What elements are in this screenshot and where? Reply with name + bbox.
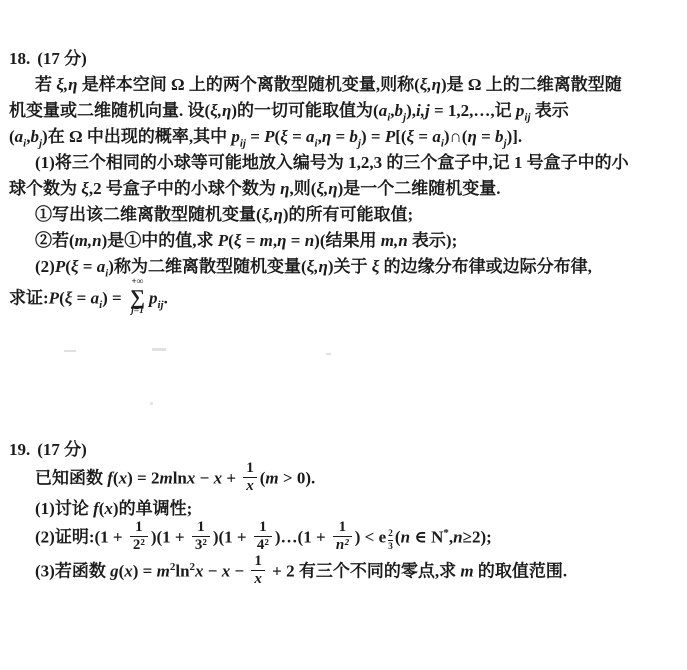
problem-19: 19.(17 分)已知函数 f(x) = 2mlnx − x + 1x(m > …: [9, 437, 683, 590]
exam-paper: 18.(17 分)若 ξ,η 是样本空间 Ω 上的两个离散型随机变量,则称(ξ,…: [0, 0, 687, 589]
math-variable: b: [30, 127, 39, 146]
sigma-icon: ∑: [130, 288, 145, 308]
text-run: 的边缘分布律或边际分布律,: [379, 257, 592, 276]
math-variable: m: [157, 562, 170, 581]
math-fraction: 1x: [243, 461, 257, 495]
math-variable: a: [15, 127, 24, 146]
text-run: ①写出该二维离散型随机变量(: [35, 205, 262, 224]
math-variable: x: [119, 469, 128, 488]
math-variable: a: [306, 127, 315, 146]
math-variable: η: [277, 231, 286, 250]
fraction-denominator: 2²: [130, 536, 148, 554]
text-run: )(结果用: [314, 231, 381, 250]
math-variable: ξ: [280, 127, 288, 146]
math-variable: ξ,η: [307, 257, 328, 276]
fraction-numerator: 1: [132, 520, 146, 536]
text-run: ) =: [102, 288, 126, 307]
math-variable: g: [110, 562, 119, 581]
text-run: ) =: [133, 562, 157, 581]
text-run: 已知函数: [35, 469, 107, 488]
text-run: −: [204, 562, 222, 581]
text-run: =: [477, 127, 495, 146]
math-variable: i,j: [416, 101, 430, 120]
text-run: )关于: [328, 257, 372, 276]
problem-line: 球个数为 ξ,2 号盒子中的小球个数为 η,则(ξ,η)是一个二维随机变量.: [9, 176, 683, 202]
math-fraction: 1n²: [333, 520, 352, 554]
problem-line: (1)讨论 f(x)的单调性;: [9, 496, 683, 522]
fraction-numerator: 1: [336, 520, 350, 536]
math-variable: n: [453, 528, 462, 547]
problem-line: (ai,bj)在 Ω 中出现的概率,其中 pij = P(ξ = ai,η = …: [9, 124, 683, 150]
math-variable: p: [231, 127, 240, 146]
text-run: 中出现的概率,其中: [83, 127, 232, 146]
text-run: 的取值范围.: [474, 562, 568, 581]
text-run: ) = 2: [127, 469, 159, 488]
math-fraction: 1x: [251, 554, 265, 588]
text-run: )].: [507, 127, 523, 146]
math-variable: n: [401, 528, 410, 547]
text-run: =: [414, 127, 432, 146]
math-variable: b: [349, 127, 358, 146]
math-variable: a: [91, 288, 100, 307]
text-run: (2): [35, 257, 55, 276]
problem-line: 机变量或二维随机向量. 设(ξ,η)的一切可能取值为(ai,bj),i,j = …: [9, 98, 683, 124]
text-run: )是①中的值,求: [102, 231, 218, 250]
text-run: )在: [42, 127, 69, 146]
math-bold-symbol: Ω: [69, 127, 83, 146]
scan-smudge: [64, 350, 76, 352]
math-variable: x: [222, 562, 231, 581]
text-run: ),: [406, 101, 416, 120]
problem-line: (1)将三个相同的小球等可能地放入编号为 1,2,3 的三个盒子中,记 1 号盒…: [9, 150, 683, 176]
fraction-denominator: x: [243, 477, 257, 495]
math-bold-symbol: Ω: [468, 75, 482, 94]
math-variable: m,n: [75, 231, 102, 250]
fraction-denominator: n²: [333, 536, 352, 554]
text-run: )(1 +: [151, 528, 189, 547]
problem-number: 18.: [9, 49, 30, 68]
problem-line: 求证:P(ξ = ai) = +∞∑j=1pij.: [9, 280, 683, 319]
text-run: ) =: [361, 127, 385, 146]
fraction-denominator: 4²: [254, 536, 272, 554]
math-variable: ξ,η: [210, 101, 231, 120]
text-run: )是一个二维随机变量.: [338, 179, 501, 198]
math-variable: m: [260, 231, 273, 250]
text-run: )是: [441, 75, 468, 94]
text-run: )∩(: [444, 127, 468, 146]
math-variable: ξ: [81, 179, 89, 198]
math-variable: P: [264, 127, 274, 146]
text-run: ,2 号盒子中的小球个数为: [89, 179, 280, 198]
math-bold-symbol: N: [431, 528, 443, 547]
text-run: 是样本空间: [77, 75, 171, 94]
text-run: 球个数为: [9, 179, 81, 198]
text-run: (1)将三个相同的小球等可能地放入编号为 1,2,3 的三个盒子中,记 1 号盒…: [35, 153, 629, 172]
math-variable: ξ,η: [56, 75, 77, 94]
scan-smudge: [150, 402, 153, 405]
math-variable: a: [97, 257, 106, 276]
text-run: −: [195, 469, 213, 488]
text-run: ∈: [410, 528, 431, 547]
math-fraction: 14²: [254, 520, 272, 554]
text-run: ≥2);: [463, 528, 492, 547]
math-variable: n: [305, 231, 314, 250]
problem-line: (2)P(ξ = ai)称为二维离散型随机变量(ξ,η)关于 ξ 的边缘分布律或…: [9, 254, 683, 280]
text-run: 上的二维离散型随: [482, 75, 622, 94]
problem-points: (17 分): [37, 440, 87, 459]
fraction-numerator: 1: [256, 520, 270, 536]
math-variable: b: [395, 101, 404, 120]
text-run: + 2 有三个不同的零点,求: [268, 562, 460, 581]
math-variable: η: [467, 127, 476, 146]
text-run: (3)若函数: [35, 562, 110, 581]
math-fraction: 13²: [192, 520, 210, 554]
problem-line: (2)证明:(1 + 12²)(1 + 13²)(1 + 14²)…(1 + 1…: [9, 522, 683, 556]
problem-line: (3)若函数 g(x) = m2ln2x − x − 1x + 2 有三个不同的…: [9, 556, 683, 590]
text-run: )的单调性;: [113, 499, 192, 518]
math-variable: x: [195, 562, 204, 581]
text-run: =: [79, 257, 97, 276]
math-variable: x: [214, 469, 223, 488]
text-run: )(1 +: [213, 528, 251, 547]
fraction-numerator: 1: [243, 461, 257, 477]
text-run: = 1,2,…,记: [430, 101, 516, 120]
math-variable: x: [124, 562, 133, 581]
text-run: 上的两个离散型随机变量,则称(: [185, 75, 420, 94]
problem-number: 19.: [9, 440, 30, 459]
math-variable: m: [460, 562, 473, 581]
text-run: .: [164, 288, 168, 307]
text-run: 求证:: [9, 288, 49, 307]
math-variable: ξ,η: [316, 179, 337, 198]
text-run: =: [288, 127, 306, 146]
math-exponent-fraction: 23: [388, 529, 393, 552]
text-run: )称为二维离散型随机变量(: [108, 257, 306, 276]
text-run: 表示: [531, 101, 569, 120]
text-run: )的所有可能取值;: [283, 205, 413, 224]
text-run: =: [241, 231, 259, 250]
text-run: +: [222, 469, 240, 488]
text-run: (2)证明:(1 +: [35, 528, 127, 547]
text-run: ,则(: [289, 179, 316, 198]
math-variable: P: [218, 231, 228, 250]
text-run: ln: [173, 469, 187, 488]
text-run: =: [287, 231, 305, 250]
math-variable: P: [385, 127, 395, 146]
scan-smudge: [326, 353, 331, 355]
text-run: ②若(: [35, 231, 75, 250]
fraction-numerator: 1: [251, 554, 265, 570]
exponent-numerator: 2: [388, 529, 393, 539]
text-run: )的一切可能取值为(: [231, 101, 378, 120]
text-run: =: [246, 127, 264, 146]
problem-line: ①写出该二维离散型随机变量(ξ,η)的所有可能取值;: [9, 202, 683, 228]
math-bold-symbol: Ω: [171, 75, 185, 94]
fraction-denominator: 3²: [192, 536, 210, 554]
math-variable: a: [432, 127, 441, 146]
text-run: 若: [35, 75, 56, 94]
problems: 18.(17 分)若 ξ,η 是样本空间 Ω 上的两个离散型随机变量,则称(ξ,…: [9, 46, 683, 589]
text-run: [(: [395, 127, 406, 146]
problem-heading: 19.(17 分): [9, 437, 683, 463]
fraction-numerator: 1: [194, 520, 208, 536]
text-run: ) < e: [355, 528, 386, 547]
text-run: −: [230, 562, 248, 581]
text-run: )…(1 +: [275, 528, 330, 547]
summation-lower-limit: j=1: [131, 307, 144, 317]
math-summation: +∞∑j=1: [130, 278, 145, 317]
text-run: 表示);: [408, 231, 458, 250]
scan-smudge: [152, 348, 166, 351]
math-variable: η: [322, 127, 331, 146]
text-run: =: [72, 288, 90, 307]
text-run: 机变量或二维随机向量. 设(: [9, 101, 210, 120]
problem-line: ②若(m,n)是①中的值,求 P(ξ = m,η = n)(结果用 m,n 表示…: [9, 228, 683, 254]
problem-line: 若 ξ,η 是样本空间 Ω 上的两个离散型随机变量,则称(ξ,η)是 Ω 上的二…: [9, 72, 683, 98]
math-variable: ξ: [71, 257, 79, 276]
problem-18: 18.(17 分)若 ξ,η 是样本空间 Ω 上的两个离散型随机变量,则称(ξ,…: [9, 46, 683, 319]
math-variable: m,n: [381, 231, 408, 250]
problem-points: (17 分): [37, 49, 87, 68]
problem-line: 已知函数 f(x) = 2mlnx − x + 1x(m > 0).: [9, 463, 683, 497]
math-variable: ξ,η: [420, 75, 441, 94]
math-variable: x: [104, 499, 113, 518]
math-variable: m: [159, 469, 172, 488]
text-run: =: [331, 127, 349, 146]
problem-heading: 18.(17 分): [9, 46, 683, 72]
exponent-denominator: 3: [388, 540, 393, 552]
text-run: (1)讨论: [35, 499, 93, 518]
math-fraction: 12²: [130, 520, 148, 554]
math-variable: b: [495, 127, 504, 146]
text-run: > 0).: [279, 469, 316, 488]
math-variable: m: [265, 469, 278, 488]
math-variable: a: [379, 101, 388, 120]
math-variable: P: [49, 288, 59, 307]
fraction-denominator: x: [251, 570, 265, 588]
text-run: ln: [175, 562, 189, 581]
math-variable: ξ,η: [262, 205, 283, 224]
math-variable: P: [55, 257, 65, 276]
